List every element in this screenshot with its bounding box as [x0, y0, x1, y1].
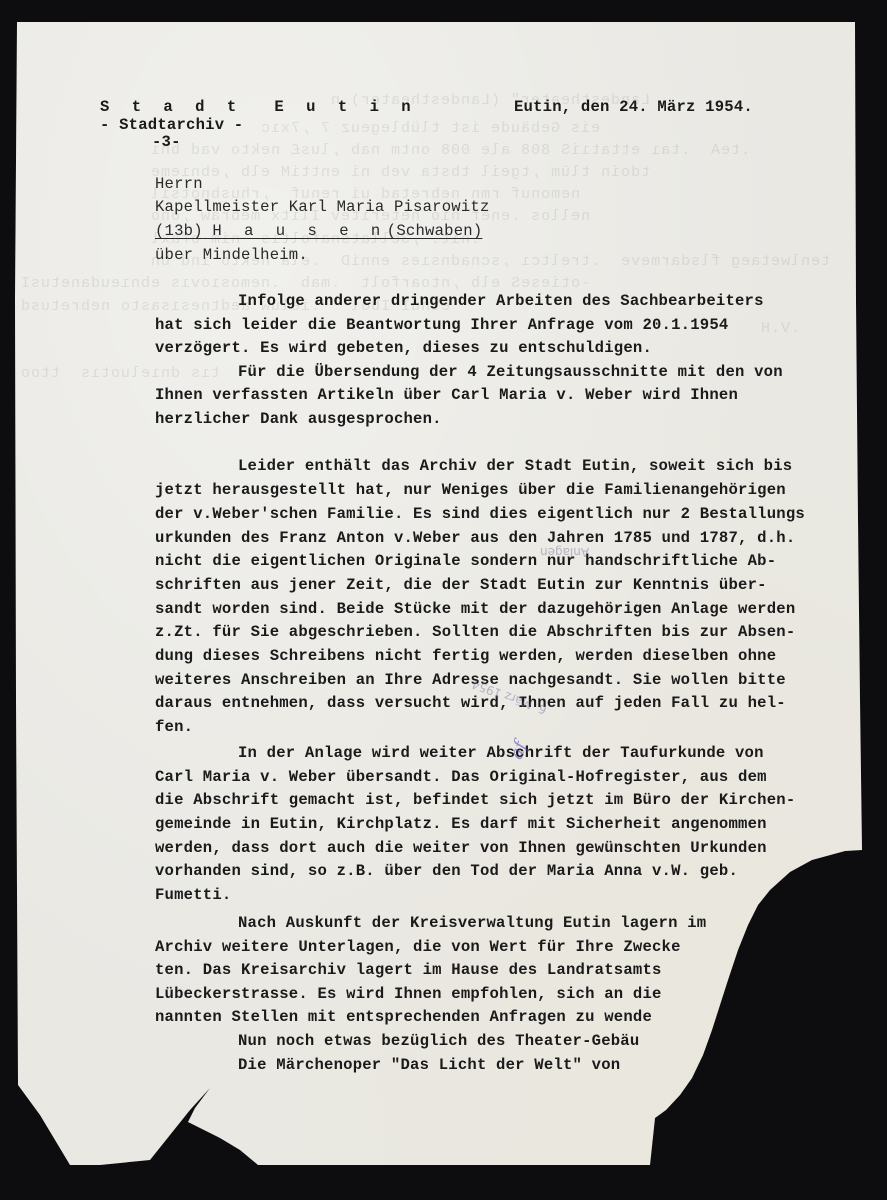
place-date: Eutin, den 24. März 1954.: [514, 98, 753, 116]
letter-page: Landestheater" (Landestheater) n eis Geb…: [0, 0, 887, 1200]
body-line: die Abschrift gemacht ist, befindet sich…: [155, 791, 795, 809]
body-line: werden, dass dort auch die weiter von Ih…: [155, 839, 767, 857]
body-line: schriften aus jener Zeit, die der Stadt …: [155, 576, 767, 594]
recipient-via: über Mindelheim.: [155, 246, 308, 264]
body-line: daraus entnehmen, dass versucht wird, Ih…: [155, 694, 786, 712]
body-line: z.Zt. für Sie abgeschrieben. Sollten die…: [155, 623, 795, 641]
body-line: Archiv weitere Unterlagen, die von Wert …: [155, 938, 681, 956]
letterhead-city: S t a d t E u t i n: [100, 98, 417, 116]
body-line: gemeinde in Eutin, Kirchplatz. Es darf m…: [155, 815, 767, 833]
body-line: sandt worden sind. Beide Stücke mit der …: [155, 600, 795, 618]
address-code: (13b): [155, 222, 203, 240]
recipient-name: Kapellmeister Karl Maria Pisarowitz: [155, 198, 490, 216]
show-through-text: tdoin tlüm ,tgeil tbsta veb ni enttiM el…: [150, 164, 650, 181]
body-line: nicht die eigentlichen Originale sondern…: [155, 552, 776, 570]
body-line: Fumetti.: [155, 886, 231, 904]
body-line: Nach Auskunft der Kreisverwaltung Eutin …: [238, 914, 706, 932]
body-line: Infolge anderer dringender Arbeiten des …: [238, 292, 764, 310]
show-through-text: eis Gebäude ist tlüblegeuz 7 ,7xıc: [260, 120, 600, 137]
page-number: -3-: [152, 133, 181, 151]
body-line: vorhanden sind, so z.B. über den Tod der…: [155, 862, 738, 880]
address-region: (Schwaben): [387, 222, 483, 240]
body-line: Leider enthält das Archiv der Stadt Euti…: [238, 457, 792, 475]
body-line: herzlicher Dank ausgesprochen.: [155, 410, 442, 428]
show-through-text: .teA .taı ettatıiS 808 ale 008 ontm nab …: [150, 142, 750, 159]
letterhead-department: - Stadtarchiv -: [100, 116, 243, 134]
address-town: H a u s e n: [212, 222, 386, 240]
body-line: fen.: [155, 718, 193, 736]
recipient-salutation: Herrn: [155, 175, 203, 193]
body-line: der v.Weber'schen Familie. Es sind dies …: [155, 505, 805, 523]
body-line: verzögert. Es wird gebeten, dieses zu en…: [155, 339, 652, 357]
body-line: jetzt herausgestellt hat, nur Weniges üb…: [155, 481, 786, 499]
body-line: nannten Stellen mit entsprechenden Anfra…: [155, 1008, 652, 1026]
show-through-text: tıs dnıeluotıs ttoo: [20, 365, 220, 382]
body-line: weiteres Anschreiben an Ihre Adresse nac…: [155, 671, 786, 689]
body-line: Die Märchenoper "Das Licht der Welt" von: [238, 1056, 620, 1074]
body-line: ten. Das Kreisarchiv lagert im Hause des…: [155, 961, 662, 979]
body-line: Ihnen verfassten Artikeln über Carl Mari…: [155, 386, 738, 404]
body-line: hat sich leider die Beantwortung Ihrer A…: [155, 316, 728, 334]
body-line: urkunden des Franz Anton v.Weber aus den…: [155, 529, 795, 547]
body-line: dung dieses Schreibens nicht fertig werd…: [155, 647, 776, 665]
show-through-text: .V.H: [760, 320, 800, 337]
body-line: Lübeckerstrasse. Es wird Ihnen empfohlen…: [155, 985, 662, 1003]
recipient-address: (13b) H a u s e n(Schwaben): [155, 222, 482, 240]
body-line: Für die Übersendung der 4 Zeitungsaussch…: [238, 363, 783, 381]
show-through-text: -otieseS elb ,ntoarfolt .mab .nemosıovıs…: [20, 275, 590, 292]
body-line: Nun noch etwas bezüglich des Theater-Geb…: [238, 1032, 639, 1050]
body-line: Carl Maria v. Weber übersandt. Das Origi…: [155, 768, 767, 786]
body-line: In der Anlage wird weiter Abschrift der …: [238, 744, 764, 762]
